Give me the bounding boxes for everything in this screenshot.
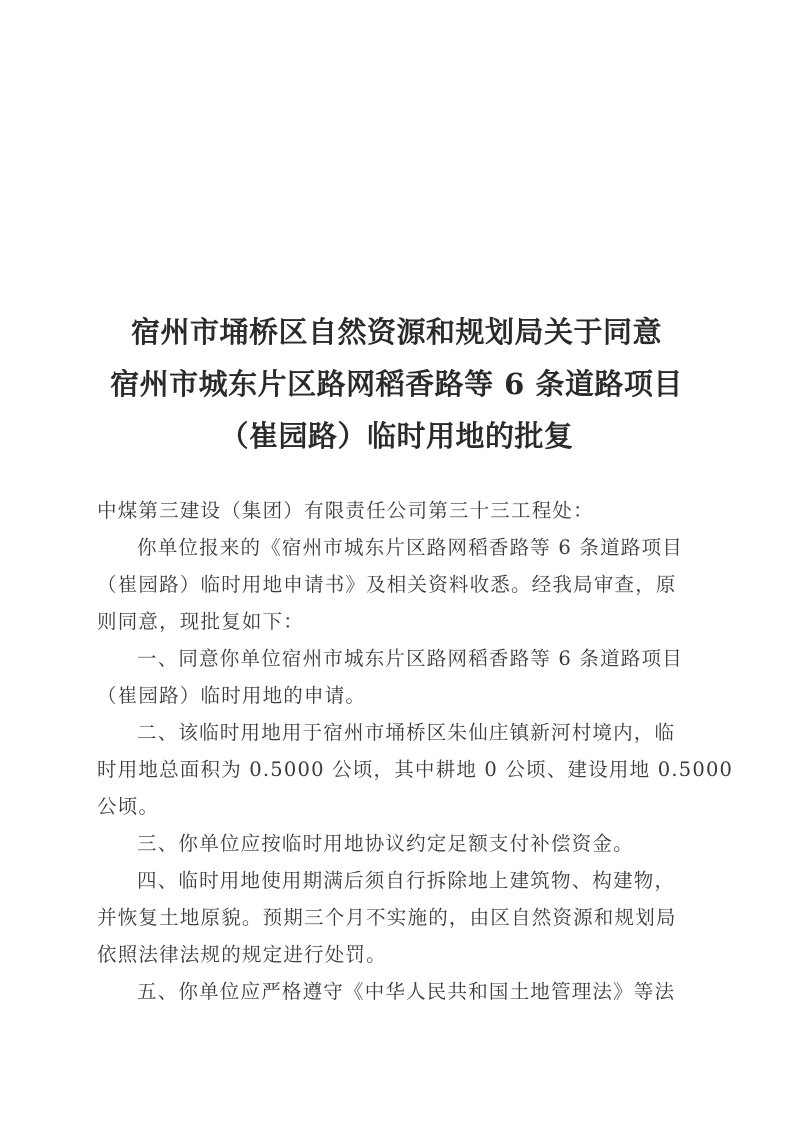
paragraph-line: 三、你单位应按临时用地协议约定足额支付补偿资金。	[97, 825, 709, 862]
paragraph-item-4: 四、临时用地使用期满后须自行拆除地上建筑物、构建物， 并恢复土地原貌。预期三个月…	[97, 862, 709, 973]
paragraph-line: 公顷。	[97, 788, 709, 825]
paragraph-line: 四、临时用地使用期满后须自行拆除地上建筑物、构建物，	[97, 862, 709, 899]
document-body: 中煤第三建设（集团）有限责任公司第三十三工程处： 你单位报来的《宿州市城东片区路…	[97, 492, 709, 1010]
paragraph-line: 依照法律法规的规定进行处罚。	[97, 936, 709, 973]
paragraph-item-1: 一、同意你单位宿州市城东片区路网稻香路等 6 条道路项目 （崔园路）临时用地的申…	[97, 640, 709, 714]
paragraph-line: 时用地总面积为 0.5000 公顷，其中耕地 0 公顷、建设用地 0.5000	[97, 751, 709, 788]
paragraph-line: （崔园路）临时用地申请书》及相关资料收悉。经我局审查，原	[97, 566, 709, 603]
paragraph-line: 二、该临时用地用于宿州市埇桥区朱仙庄镇新河村境内，临	[97, 714, 709, 751]
paragraph-line: 则同意，现批复如下：	[97, 603, 709, 640]
document-page: 宿州市埇桥区自然资源和规划局关于同意 宿州市城东片区路网稻香路等 6 条道路项目…	[0, 0, 793, 1122]
paragraph-item-5: 五、你单位应严格遵守《中华人民共和国土地管理法》等法	[97, 973, 709, 1010]
paragraph-intro: 你单位报来的《宿州市城东片区路网稻香路等 6 条道路项目 （崔园路）临时用地申请…	[97, 529, 709, 640]
title-line-3: （崔园路）临时用地的批复	[0, 410, 793, 462]
paragraph-line: 你单位报来的《宿州市城东片区路网稻香路等 6 条道路项目	[97, 529, 709, 566]
paragraph-item-2: 二、该临时用地用于宿州市埇桥区朱仙庄镇新河村境内，临 时用地总面积为 0.500…	[97, 714, 709, 825]
document-title: 宿州市埇桥区自然资源和规划局关于同意 宿州市城东片区路网稻香路等 6 条道路项目…	[0, 306, 793, 462]
paragraph-line: 一、同意你单位宿州市城东片区路网稻香路等 6 条道路项目	[97, 640, 709, 677]
paragraph-item-3: 三、你单位应按临时用地协议约定足额支付补偿资金。	[97, 825, 709, 862]
addressee-line: 中煤第三建设（集团）有限责任公司第三十三工程处：	[97, 492, 709, 529]
paragraph-line: 五、你单位应严格遵守《中华人民共和国土地管理法》等法	[97, 973, 709, 1010]
title-line-1: 宿州市埇桥区自然资源和规划局关于同意	[0, 306, 793, 358]
paragraph-line: （崔园路）临时用地的申请。	[97, 677, 709, 714]
paragraph-line: 并恢复土地原貌。预期三个月不实施的，由区自然资源和规划局	[97, 899, 709, 936]
addressee: 中煤第三建设（集团）有限责任公司第三十三工程处：	[97, 492, 709, 529]
title-line-2: 宿州市城东片区路网稻香路等 6 条道路项目	[0, 358, 793, 410]
